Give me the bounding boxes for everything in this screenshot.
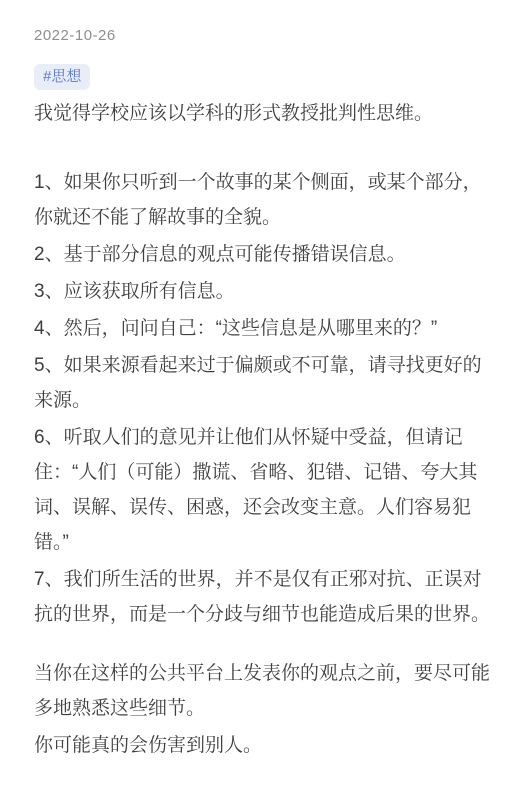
list-item-4: 4、然后，问问自己：“这些信息是从哪里来的？” [34,311,494,346]
post-content: 我觉得学校应该以学科的形式教授批判性思维。 1、如果你只听到一个故事的某个侧面，… [34,96,494,763]
blank-line [34,133,494,165]
list-item-3: 3、应该获取所有信息。 [34,274,494,309]
tag-row: #思想 [34,64,494,90]
list-item-6: 6、听取人们的意见并让他们从怀疑中受益，但请记 住：“人们（可能）撒谎、省略、犯… [34,420,494,560]
blank-line [34,634,494,656]
intro-paragraph: 我觉得学校应该以学科的形式教授批判性思维。 [34,96,494,131]
note-post: 2022-10-26 #思想 我觉得学校应该以学科的形式教授批判性思维。 1、如… [0,0,528,800]
outro-paragraph-2: 你可能真的会伤害到别人。 [34,728,494,763]
list-item-2: 2、基于部分信息的观点可能传播错误信息。 [34,237,494,272]
list-item-5: 5、如果来源看起来过于偏颇或不可靠，请寻找更好的 来源。 [34,348,494,418]
list-item-1: 1、如果你只听到一个故事的某个侧面，或某个部分， 你就还不能了解故事的全貌。 [34,165,494,235]
topic-tag[interactable]: #思想 [34,64,90,90]
list-item-7: 7、我们所生活的世界，并不是仅有正邪对抗、正误对 抗的世界，而是一个分歧与细节也… [34,562,494,632]
post-date: 2022-10-26 [34,26,494,46]
outro-paragraph-1: 当你在这样的公共平台上发表你的观点之前，要尽可能 多地熟悉这些细节。 [34,656,494,726]
